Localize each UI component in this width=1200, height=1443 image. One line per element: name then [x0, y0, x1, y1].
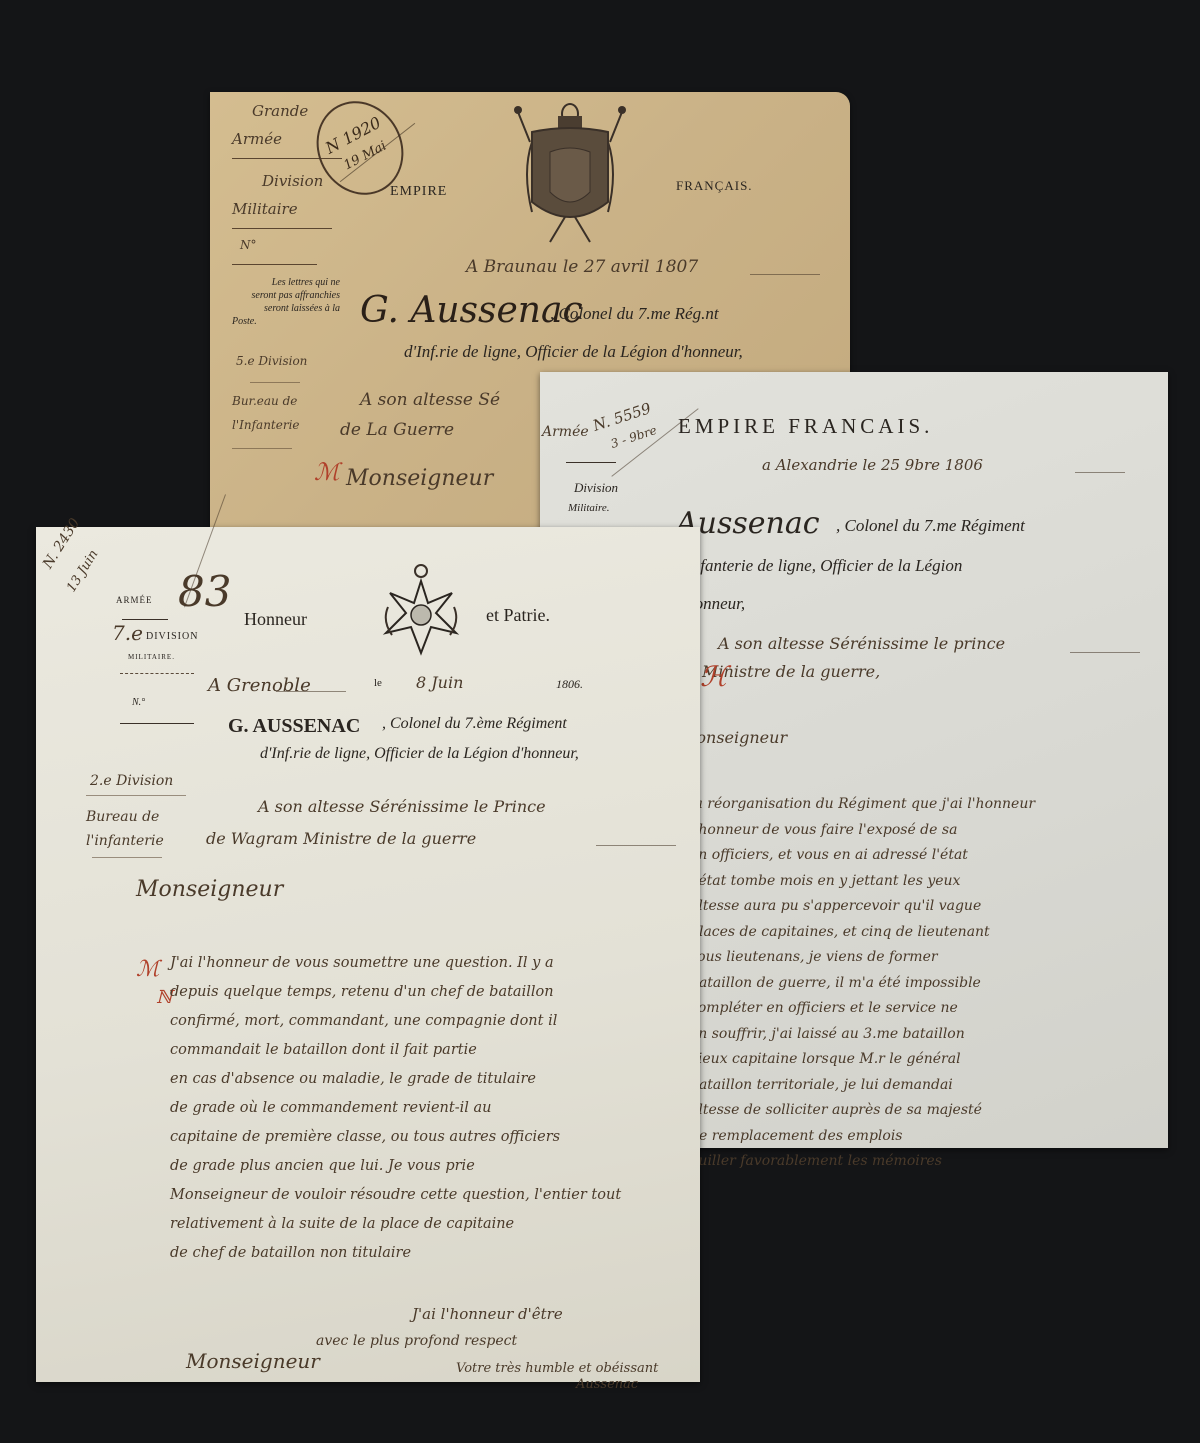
closing-line-1: J'ai l'honneur d'être — [412, 1305, 563, 1323]
body-line: Monseigneur de vouloir résoudre cette qu… — [170, 1181, 621, 1210]
ornament-rule — [232, 264, 317, 265]
sender-title-2: d'Infanterie de ligne, Officier de la Lé… — [674, 556, 962, 576]
margin-division: DIVISION — [146, 631, 198, 642]
divider — [92, 857, 162, 858]
header-empire-francais: EMPIRE FRANCAIS. — [678, 414, 933, 439]
body-line: altesse de solliciter auprès de sa majes… — [690, 1098, 1035, 1124]
address-line-2: Ministre de la guerre, — [702, 662, 880, 681]
postal-notice-line: Les lettres qui ne — [232, 276, 340, 289]
margin-division-number: 7.e — [112, 621, 143, 645]
margin-note: Bur.eau de — [232, 394, 297, 408]
postal-notice: Les lettres qui ne seront pas affranchie… — [232, 276, 340, 328]
body-line: de grade plus ancien que lui. Je vous pr… — [170, 1152, 621, 1181]
place-date-year: 1806. — [556, 677, 583, 692]
margin-no: N.° — [132, 697, 145, 708]
sender-name: G. AUSSENAC — [228, 715, 360, 738]
body-line: de grade où le commandement revient-il a… — [170, 1094, 621, 1123]
body-line: en souffrir, j'ai laissé au 3.me bataill… — [690, 1022, 1035, 1048]
margin-militaire: MILITAIRE. — [128, 653, 175, 661]
margin-militaire: Militaire. — [568, 502, 609, 514]
body-line: de chef de bataillon non titulaire — [170, 1239, 621, 1268]
margin-division: Division — [262, 172, 323, 190]
margin-armee: Armée — [542, 424, 589, 440]
margin-registry-date: 13 Juin — [64, 547, 102, 595]
letter-body: la réorganisation du Régiment que j'ai l… — [690, 792, 1035, 1175]
place-date: a Alexandrie le 25 9bre 1806 — [762, 456, 983, 474]
body-line: bataillon territoriale, je lui demandai — [690, 1073, 1035, 1099]
divider — [122, 619, 168, 620]
divider — [232, 448, 292, 449]
signature: Aussenac — [576, 1377, 638, 1392]
postal-notice-line: seront pas affranchies — [232, 289, 340, 302]
header-empire: EMPIRE — [390, 184, 447, 200]
sender-title-2: d'Inf.rie de ligne, Officier de la Légio… — [404, 342, 743, 362]
address-line-1: A son altesse Sérénissime le prince — [718, 634, 1005, 653]
legion-of-honour-star-icon — [376, 563, 466, 657]
body-line: en officiers, et vous en ai adressé l'ét… — [690, 843, 1035, 869]
margin-no: N° — [240, 238, 257, 252]
margin-armee: Armée — [232, 130, 282, 148]
margin-militaire: Militaire — [232, 200, 298, 218]
address-underline — [596, 845, 676, 846]
address-underline — [1070, 652, 1140, 653]
sender-title-1: , Colonel du 7.ème Régiment — [382, 715, 567, 733]
body-line: de remplacement des emplois — [690, 1124, 1035, 1150]
header-francais: FRANÇAIS. — [676, 178, 753, 194]
margin-note: Bureau de — [86, 809, 159, 825]
margin-mark: 83 — [178, 567, 231, 616]
place-underline — [276, 691, 346, 692]
divider — [232, 228, 332, 229]
closing-salutation: Monseigneur — [186, 1349, 320, 1373]
salutation: Monseigneur — [346, 466, 493, 491]
header-honneur: Honneur — [244, 609, 307, 630]
margin-note: l'Infanterie — [232, 418, 300, 432]
address-line-2: de Wagram Ministre de la guerre — [206, 829, 476, 848]
letter-body: J'ai l'honneur de vous soumettre une que… — [170, 949, 621, 1268]
body-line: altesse aura pu s'appercevoir qu'il vagu… — [690, 894, 1035, 920]
body-line: bataillon de guerre, il m'a été impossib… — [690, 971, 1035, 997]
red-mark: ℳ — [314, 458, 340, 486]
closing-line-2: avec le plus profond respect — [316, 1333, 517, 1349]
body-line: la réorganisation du Régiment que j'ai l… — [690, 792, 1035, 818]
place-date-le: le — [374, 677, 382, 689]
body-line: en cas d'absence ou maladie, le grade de… — [170, 1065, 621, 1094]
margin-grande: Grande — [252, 102, 308, 120]
closing-line-3: Votre très humble et obéissant — [456, 1361, 658, 1376]
margin-registry-stamp: N. 2430 — [40, 516, 83, 572]
dotted-divider — [120, 673, 194, 674]
margin-armee: ARMÉE — [116, 595, 153, 605]
salutation: Monseigneur — [136, 877, 283, 902]
body-line: vieux capitaine lorsque M.r le général — [690, 1047, 1035, 1073]
sender-title-2: d'Inf.rie de ligne, Officier de la Légio… — [260, 745, 579, 763]
margin-note: l'infanterie — [86, 833, 164, 849]
red-mark: ℋ — [700, 660, 728, 693]
letter-1806-june-sheet: N. 2430 13 Juin ARMÉE 83 7.e DIVISION MI… — [36, 527, 700, 1382]
body-line: places de capitaines, et cinq de lieuten… — [690, 920, 1035, 946]
address-line-1: A son altesse Sé — [360, 390, 500, 410]
divider — [86, 795, 186, 796]
body-line: depuis quelque temps, retenu d'un chef d… — [170, 978, 621, 1007]
red-registry-mark: ℳ — [136, 957, 160, 982]
body-line: l'état tombe mois en y jettant les yeux — [690, 869, 1035, 895]
body-line: capitaine de première classe, ou tous au… — [170, 1123, 621, 1152]
body-line: commandait le bataillon dont il fait par… — [170, 1036, 621, 1065]
postal-notice-line: Poste. — [232, 315, 340, 328]
place-date: A Braunau le 27 avril 1807 — [466, 257, 698, 277]
body-line: sous lieutenans, je viens de former — [690, 945, 1035, 971]
header-et-patrie: et Patrie. — [486, 605, 550, 626]
body-line: confirmé, mort, commandant, une compagni… — [170, 1007, 621, 1036]
margin-division: Division — [574, 480, 618, 496]
margin-note: 5.e Division — [236, 354, 307, 368]
divider — [566, 462, 616, 463]
body-line: J'ai l'honneur de vous soumettre une que… — [170, 949, 621, 978]
body-line: relativement à la suite de la place de c… — [170, 1210, 621, 1239]
sender-title-1: , Colonel du 7.me Régiment — [836, 516, 1025, 536]
margin-note: 2.e Division — [90, 773, 173, 789]
body-line: l'honneur de vous faire l'exposé de sa — [690, 818, 1035, 844]
ornament-rule — [120, 723, 194, 724]
address-line-2: de La Guerre — [340, 420, 454, 440]
imperial-coat-of-arms-icon — [510, 102, 630, 252]
place-date-place: A Grenoble — [208, 675, 311, 696]
postal-notice-line: seront laissées à la — [232, 302, 340, 315]
address-line-1: A son altesse Sérénissime le Prince — [258, 797, 546, 816]
place-date-day: 8 Juin — [416, 673, 463, 692]
date-underline — [1075, 472, 1125, 473]
divider — [250, 382, 300, 383]
body-line: compléter en officiers et le service ne — [690, 996, 1035, 1022]
sender-title-1: , Colonel du 7.me Rég.nt — [550, 304, 719, 324]
date-underline — [750, 274, 820, 275]
body-line: ouiller favorablement les mémoires — [690, 1149, 1035, 1175]
